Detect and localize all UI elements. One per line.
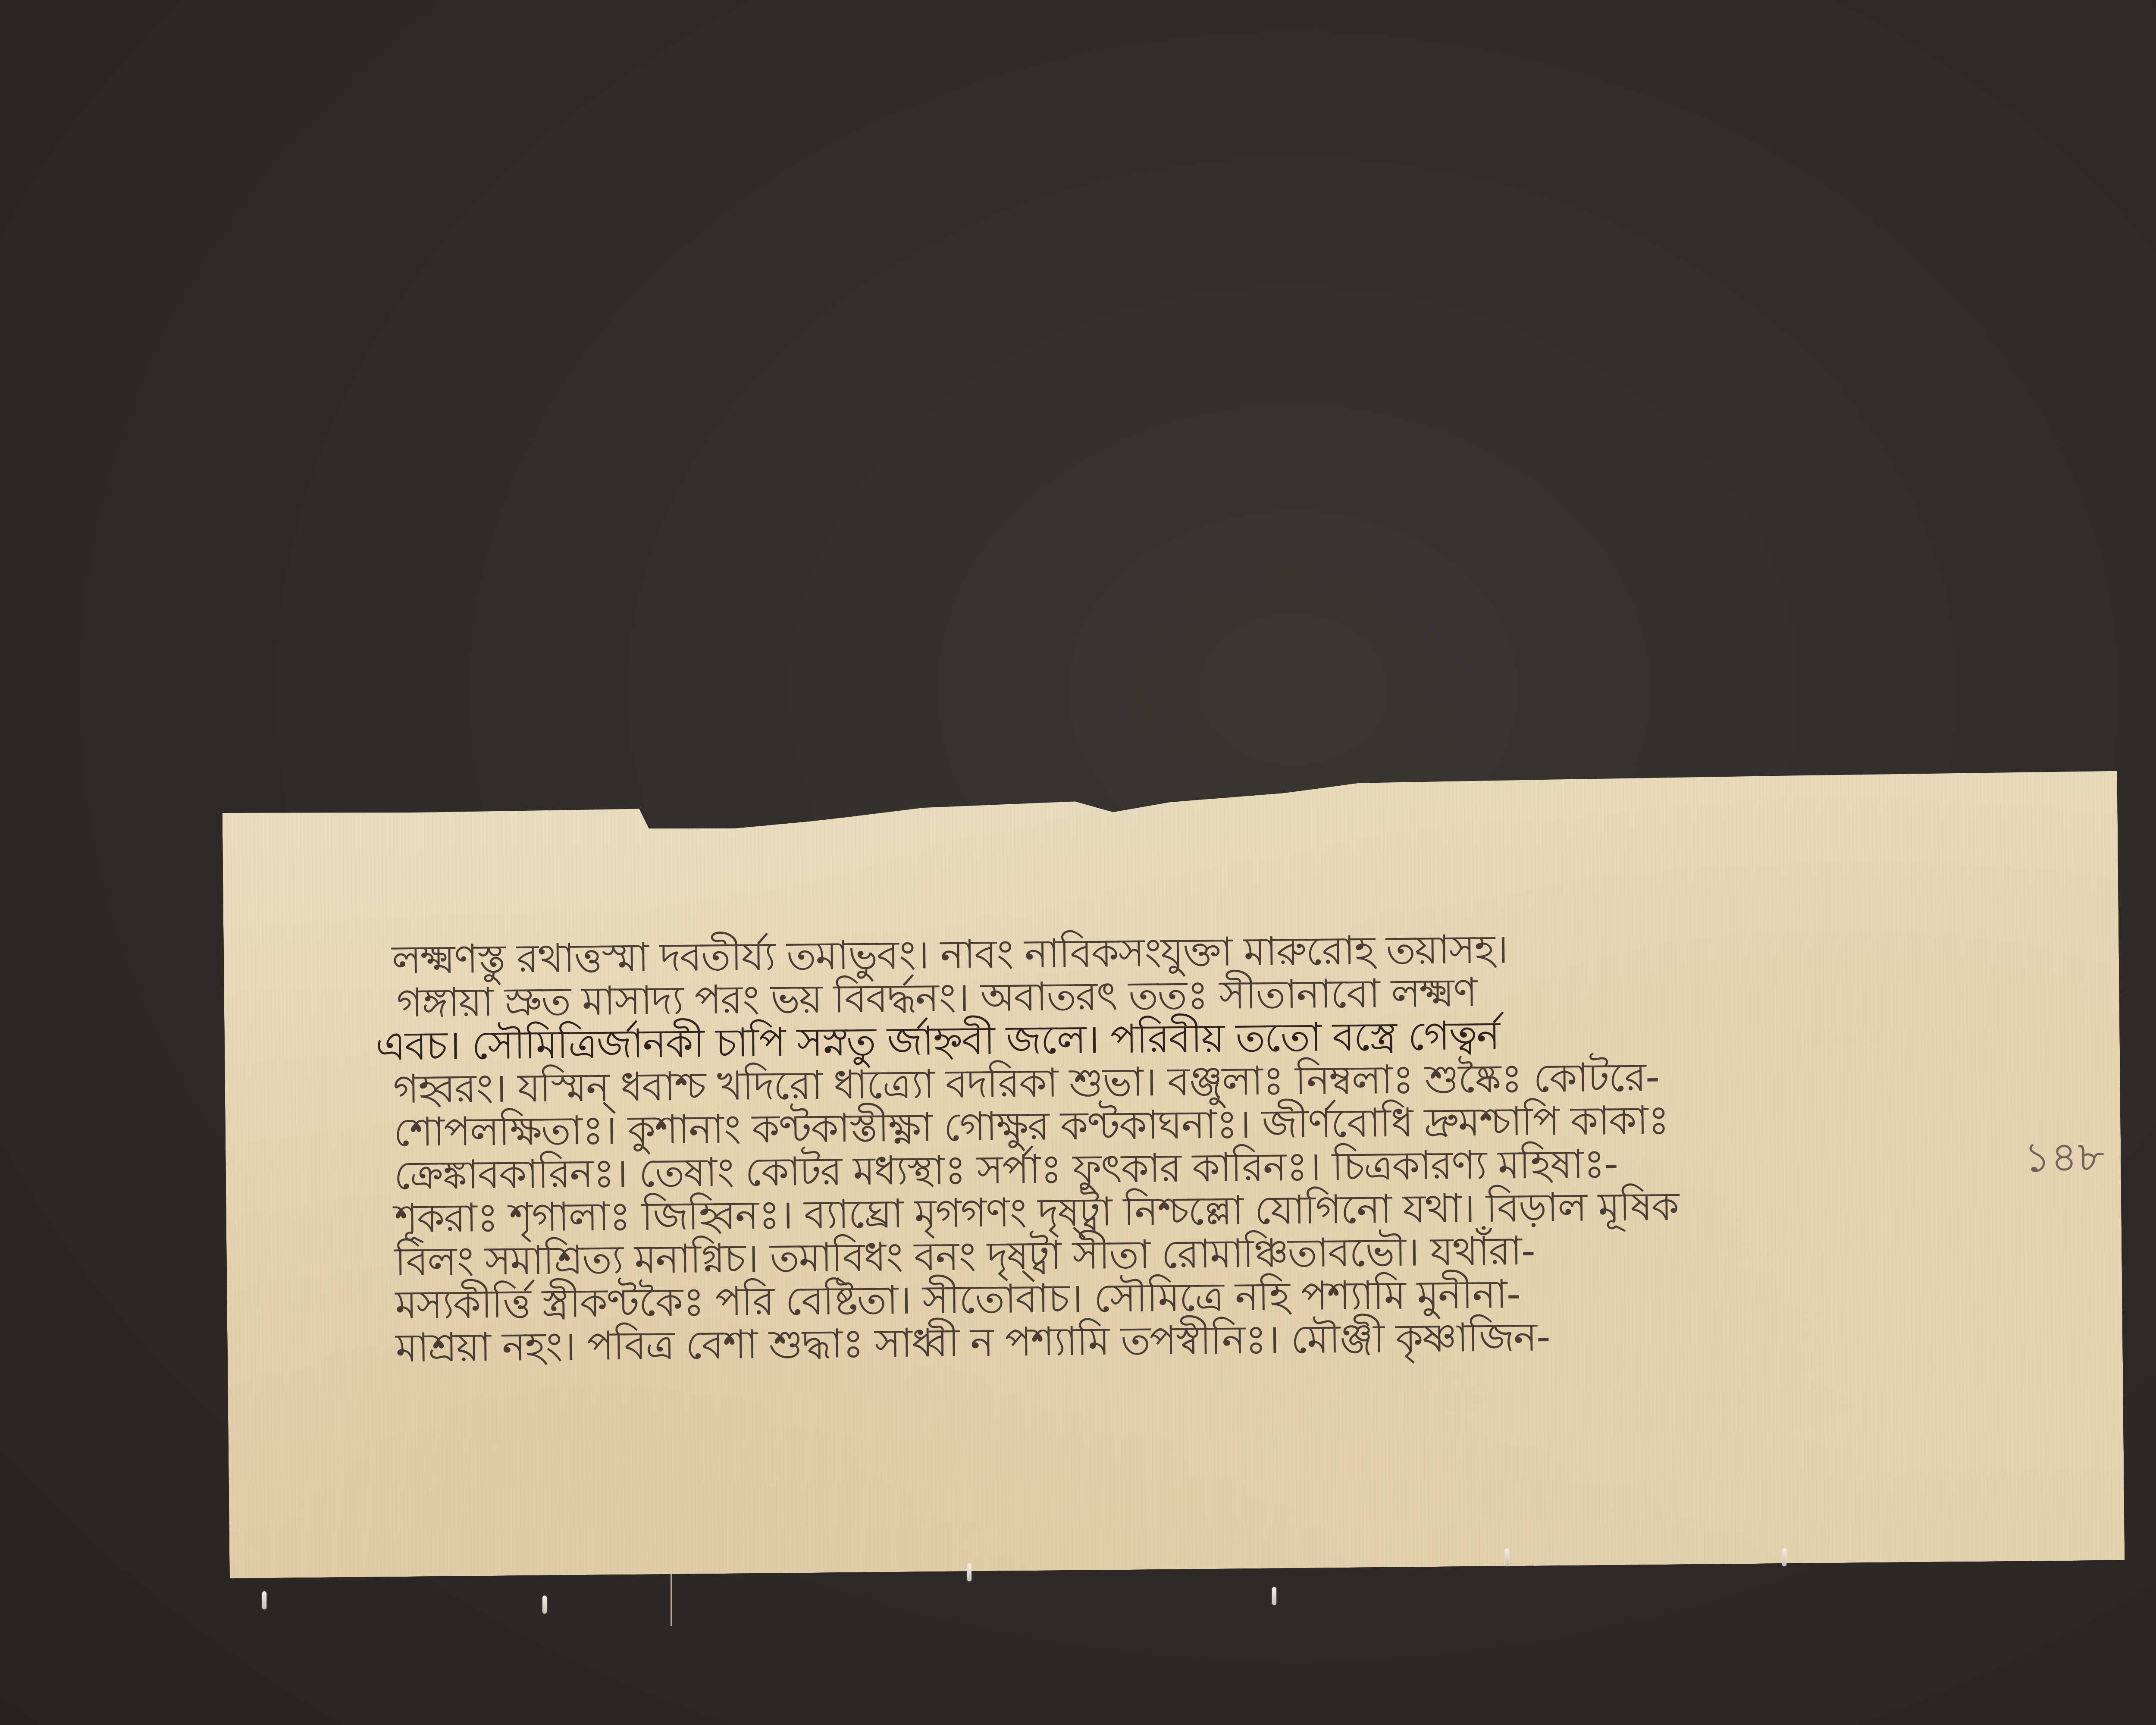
mounting-pin — [1505, 1548, 1509, 1566]
manuscript-text-block: লক্ষ্মণস্তু রথাত্তস্মা দবতীর্য্য তমাভুবং… — [392, 923, 1991, 1370]
manuscript-leaf: লক্ষ্মণস্তু রথাত্তস্মা দবতীর্য্য তমাভুবং… — [222, 771, 2125, 1578]
mounting-pin — [1782, 1548, 1786, 1566]
mounting-pin — [967, 1563, 971, 1581]
folio-number: ১৪৮ — [2024, 1125, 2105, 1195]
mounting-pin — [262, 1591, 266, 1609]
mounting-pin — [1272, 1587, 1276, 1605]
mounting-pin — [542, 1596, 547, 1614]
thread-strand — [671, 1574, 672, 1626]
